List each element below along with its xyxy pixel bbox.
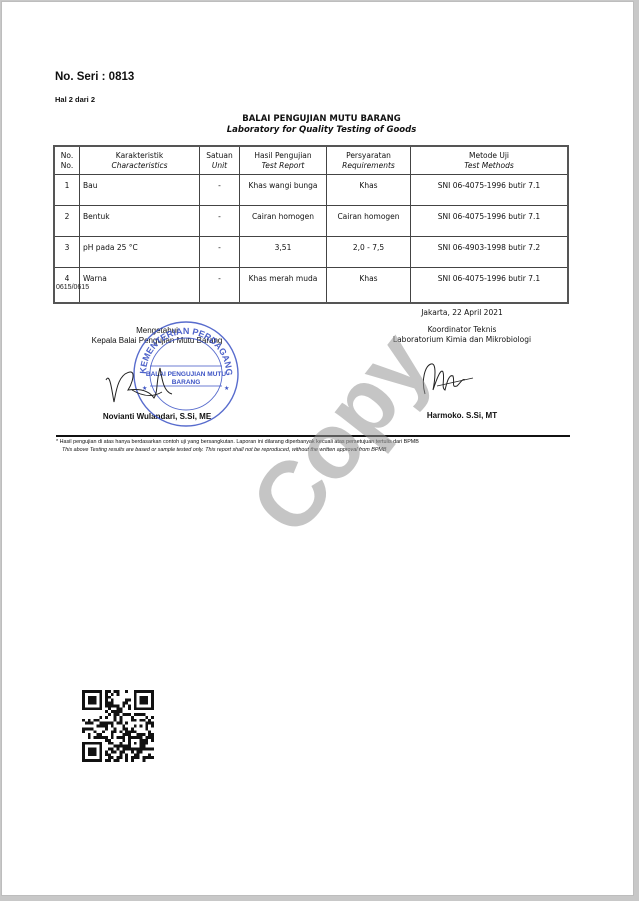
svg-text:★: ★	[224, 385, 229, 392]
header-unit: SatuanUnit	[200, 146, 240, 175]
cell-method: SNI 06-4903-1998 butir 7.2	[411, 237, 569, 268]
signer-name-right: Harmoko. S.Si, MT	[342, 411, 582, 421]
footnote: * Hasil pengujian di atas hanya berdasar…	[56, 438, 419, 454]
table-header-row: No.No. KarakteristikCharacteristics Satu…	[54, 146, 568, 175]
qr-code-icon	[82, 690, 154, 762]
test-results-table: No.No. KarakteristikCharacteristics Satu…	[53, 145, 569, 304]
cell-unit: -	[200, 237, 240, 268]
cell-characteristic: Warna	[80, 268, 200, 304]
cell-unit: -	[200, 268, 240, 304]
cell-result: Khas wangi bunga	[240, 175, 327, 206]
cell-result: Khas merah muda	[240, 268, 327, 304]
table-row: 1 Bau - Khas wangi bunga Khas SNI 06-407…	[54, 175, 568, 206]
cell-requirement: 2,0 - 7,5	[327, 237, 411, 268]
signer-department-right: Laboratorium Kimia dan Mikrobiologi	[342, 335, 582, 345]
cell-no: 2	[54, 206, 80, 237]
issue-date: Jakarta, 22 April 2021	[342, 308, 582, 318]
header-test-methods: Metode UjiTest Methods	[411, 146, 569, 175]
serial-number: No. Seri : 0813	[55, 71, 134, 83]
cell-result: Cairan homogen	[240, 206, 327, 237]
cell-unit: -	[200, 175, 240, 206]
cell-no: 3	[54, 237, 80, 268]
cell-unit: -	[200, 206, 240, 237]
footer-divider	[56, 435, 570, 437]
cell-characteristic: pH pada 25 °C	[80, 237, 200, 268]
cell-characteristic: Bentuk	[80, 206, 200, 237]
cell-method: SNI 06-4075-1996 butir 7.1	[411, 175, 569, 206]
table-row: 4 Warna - Khas merah muda Khas SNI 06-40…	[54, 268, 568, 304]
header-requirements: PersyaratanRequirements	[327, 146, 411, 175]
footnote-english: This above Testing results are based or …	[56, 446, 419, 454]
header-test-report: Hasil PengujianTest Report	[240, 146, 327, 175]
footnote-indonesian: * Hasil pengujian di atas hanya berdasar…	[56, 438, 419, 446]
signature-left-icon	[102, 362, 192, 407]
table-row: 3 pH pada 25 °C - 3,51 2,0 - 7,5 SNI 06-…	[54, 237, 568, 268]
document-title: BALAI PENGUJIAN MUTU BARANG Laboratory f…	[2, 114, 639, 136]
cell-method: SNI 06-4075-1996 butir 7.1	[411, 268, 569, 304]
page-indicator: Hal 2 dari 2	[55, 95, 95, 104]
cell-no: 1	[54, 175, 80, 206]
cell-method: SNI 06-4075-1996 butir 7.1	[411, 206, 569, 237]
header-no: No.No.	[54, 146, 80, 175]
cell-result: 3,51	[240, 237, 327, 268]
document-page: No. Seri : 0813 Hal 2 dari 2 BALAI PENGU…	[1, 1, 634, 896]
signer-title-right: Koordinator Teknis	[342, 325, 582, 335]
cell-characteristic: Bau	[80, 175, 200, 206]
cell-requirement: Khas	[327, 175, 411, 206]
cell-requirement: Khas	[327, 268, 411, 304]
table-row: 2 Bentuk - Cairan homogen Cairan homogen…	[54, 206, 568, 237]
title-indonesian: BALAI PENGUJIAN MUTU BARANG	[2, 114, 639, 125]
form-code: 0615/0615	[56, 284, 89, 291]
cell-requirement: Cairan homogen	[327, 206, 411, 237]
title-english: Laboratory for Quality Testing of Goods	[2, 125, 639, 136]
signature-block-right: Jakarta, 22 April 2021 Koordinator Tekni…	[342, 308, 582, 345]
signature-right-icon	[417, 360, 477, 400]
header-characteristics: KarakteristikCharacteristics	[80, 146, 200, 175]
